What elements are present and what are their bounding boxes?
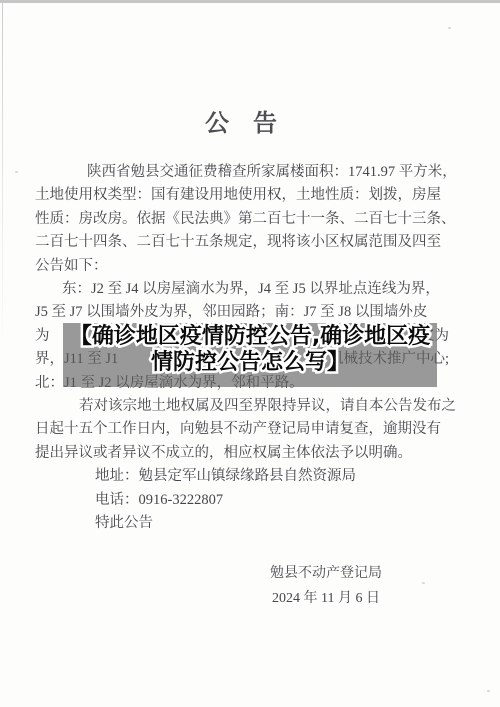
notice-line: 日起十五个工作日内，向勉县不动产登记局申请复查，逾期没有 [35,418,449,441]
notice-line: 性质：房改房。依据《民法典》第二百七十一条、二百七十三条、 [35,208,449,231]
scanned-notice-photo: 公 告 陕西省勉县交通征费稽查所家属楼面积：1741.97 平方米， 土地使用权… [0,0,500,707]
contact-address: 地址：勉县定军山镇绿缘路县自然资源局 [35,465,449,488]
caption-line-1: 【确诊地区疫情防控公告,确诊地区疫 【确诊地区疫情防控公告,确诊地区疫 [0,324,500,350]
signature-block: 勉县不动产登记局 2024 年 11 月 6 日 [226,561,426,611]
boundary-line-east: 东：J2 至 J4 以房屋滴水为界，J4 至 J5 以界址点连线为界， [35,278,449,301]
notice-line: 公告如下： [35,255,449,278]
paper-speck [487,690,490,692]
notice-line: 陕西省勉县交通征费稽查所家属楼面积：1741.97 平方米， [35,161,449,184]
boundary-line-south: J5 至 J7 以围墙外皮为界，邻田园路；南：J7 至 J8 以围墙外皮 [35,301,449,324]
caption-line-2: 情防控公告怎么写】 情防控公告怎么写】 [0,350,500,376]
notice-line: 土地使用权类型：国有建设用地使用权，土地性质：划拨，房屋 [35,184,449,207]
contact-phone: 电话：0916-3222807 [35,489,449,512]
issue-date: 2024 年 11 月 6 日 [226,586,426,611]
paper-speck [448,27,451,29]
issuer-name: 勉县不动产登记局 [226,561,426,586]
photo-top-edge [0,0,500,3]
notice-line: 二百七十四条、二百七十五条规定，现将该小区权属范围及四至 [35,231,449,254]
photo-left-edge [2,3,3,348]
caption-fill-layer: 【确诊地区疫情防控公告,确诊地区疫 [0,324,500,350]
closing-phrase: 特此公告 [35,512,449,535]
overlay-caption: 【确诊地区疫情防控公告,确诊地区疫 【确诊地区疫情防控公告,确诊地区疫 情防控公… [0,324,500,376]
caption-fill-layer: 情防控公告怎么写】 [0,350,500,376]
notice-title: 公 告 [35,103,447,138]
paper-speck [15,171,18,173]
notice-line: 若对该宗地土地权属及四至界限持异议，请自本公告发布之 [35,395,449,418]
notice-line: 提出异议或者异议不成立的，相应权属主体依法予以明确。 [35,442,449,465]
